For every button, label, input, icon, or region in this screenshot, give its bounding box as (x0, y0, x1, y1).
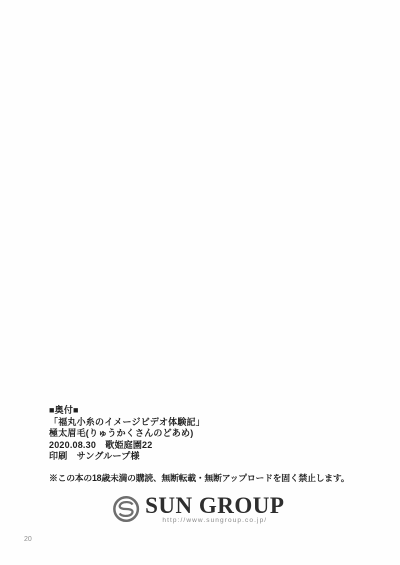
colophon-block: ■奥付■ 「福丸小糸のイメージビデオ体験記」 極太眉毛(りゅうかくさんのどあめ)… (49, 405, 205, 463)
event-date: 2020.08.30 歌姫庭園22 (49, 440, 205, 452)
doujin-colophon-page: ■奥付■ 「福丸小糸のイメージビデオ体験記」 極太眉毛(りゅうかくさんのどあめ)… (0, 0, 400, 565)
printer-credit: 印刷 サングループ様 (49, 451, 205, 463)
colophon-header: ■奥付■ (49, 405, 205, 417)
page-number: 20 (24, 536, 32, 543)
age-disclaimer: ※この本の18歳未満の購読、無断転載・無断アップロードを固く禁止します。 (49, 471, 349, 484)
sun-group-url: http://www.sungroup.co.jp/ (162, 517, 267, 524)
sun-group-logo: SUN GROUP http://www.sungroup.co.jp/ (112, 494, 284, 524)
circle-author: 極太眉毛(りゅうかくさんのどあめ) (49, 428, 205, 440)
sun-group-wordmark-wrap: SUN GROUP http://www.sungroup.co.jp/ (145, 494, 284, 524)
sun-group-wordmark: SUN GROUP (145, 494, 284, 517)
sun-group-s-circle-icon (112, 495, 140, 523)
book-title: 「福丸小糸のイメージビデオ体験記」 (49, 417, 205, 429)
